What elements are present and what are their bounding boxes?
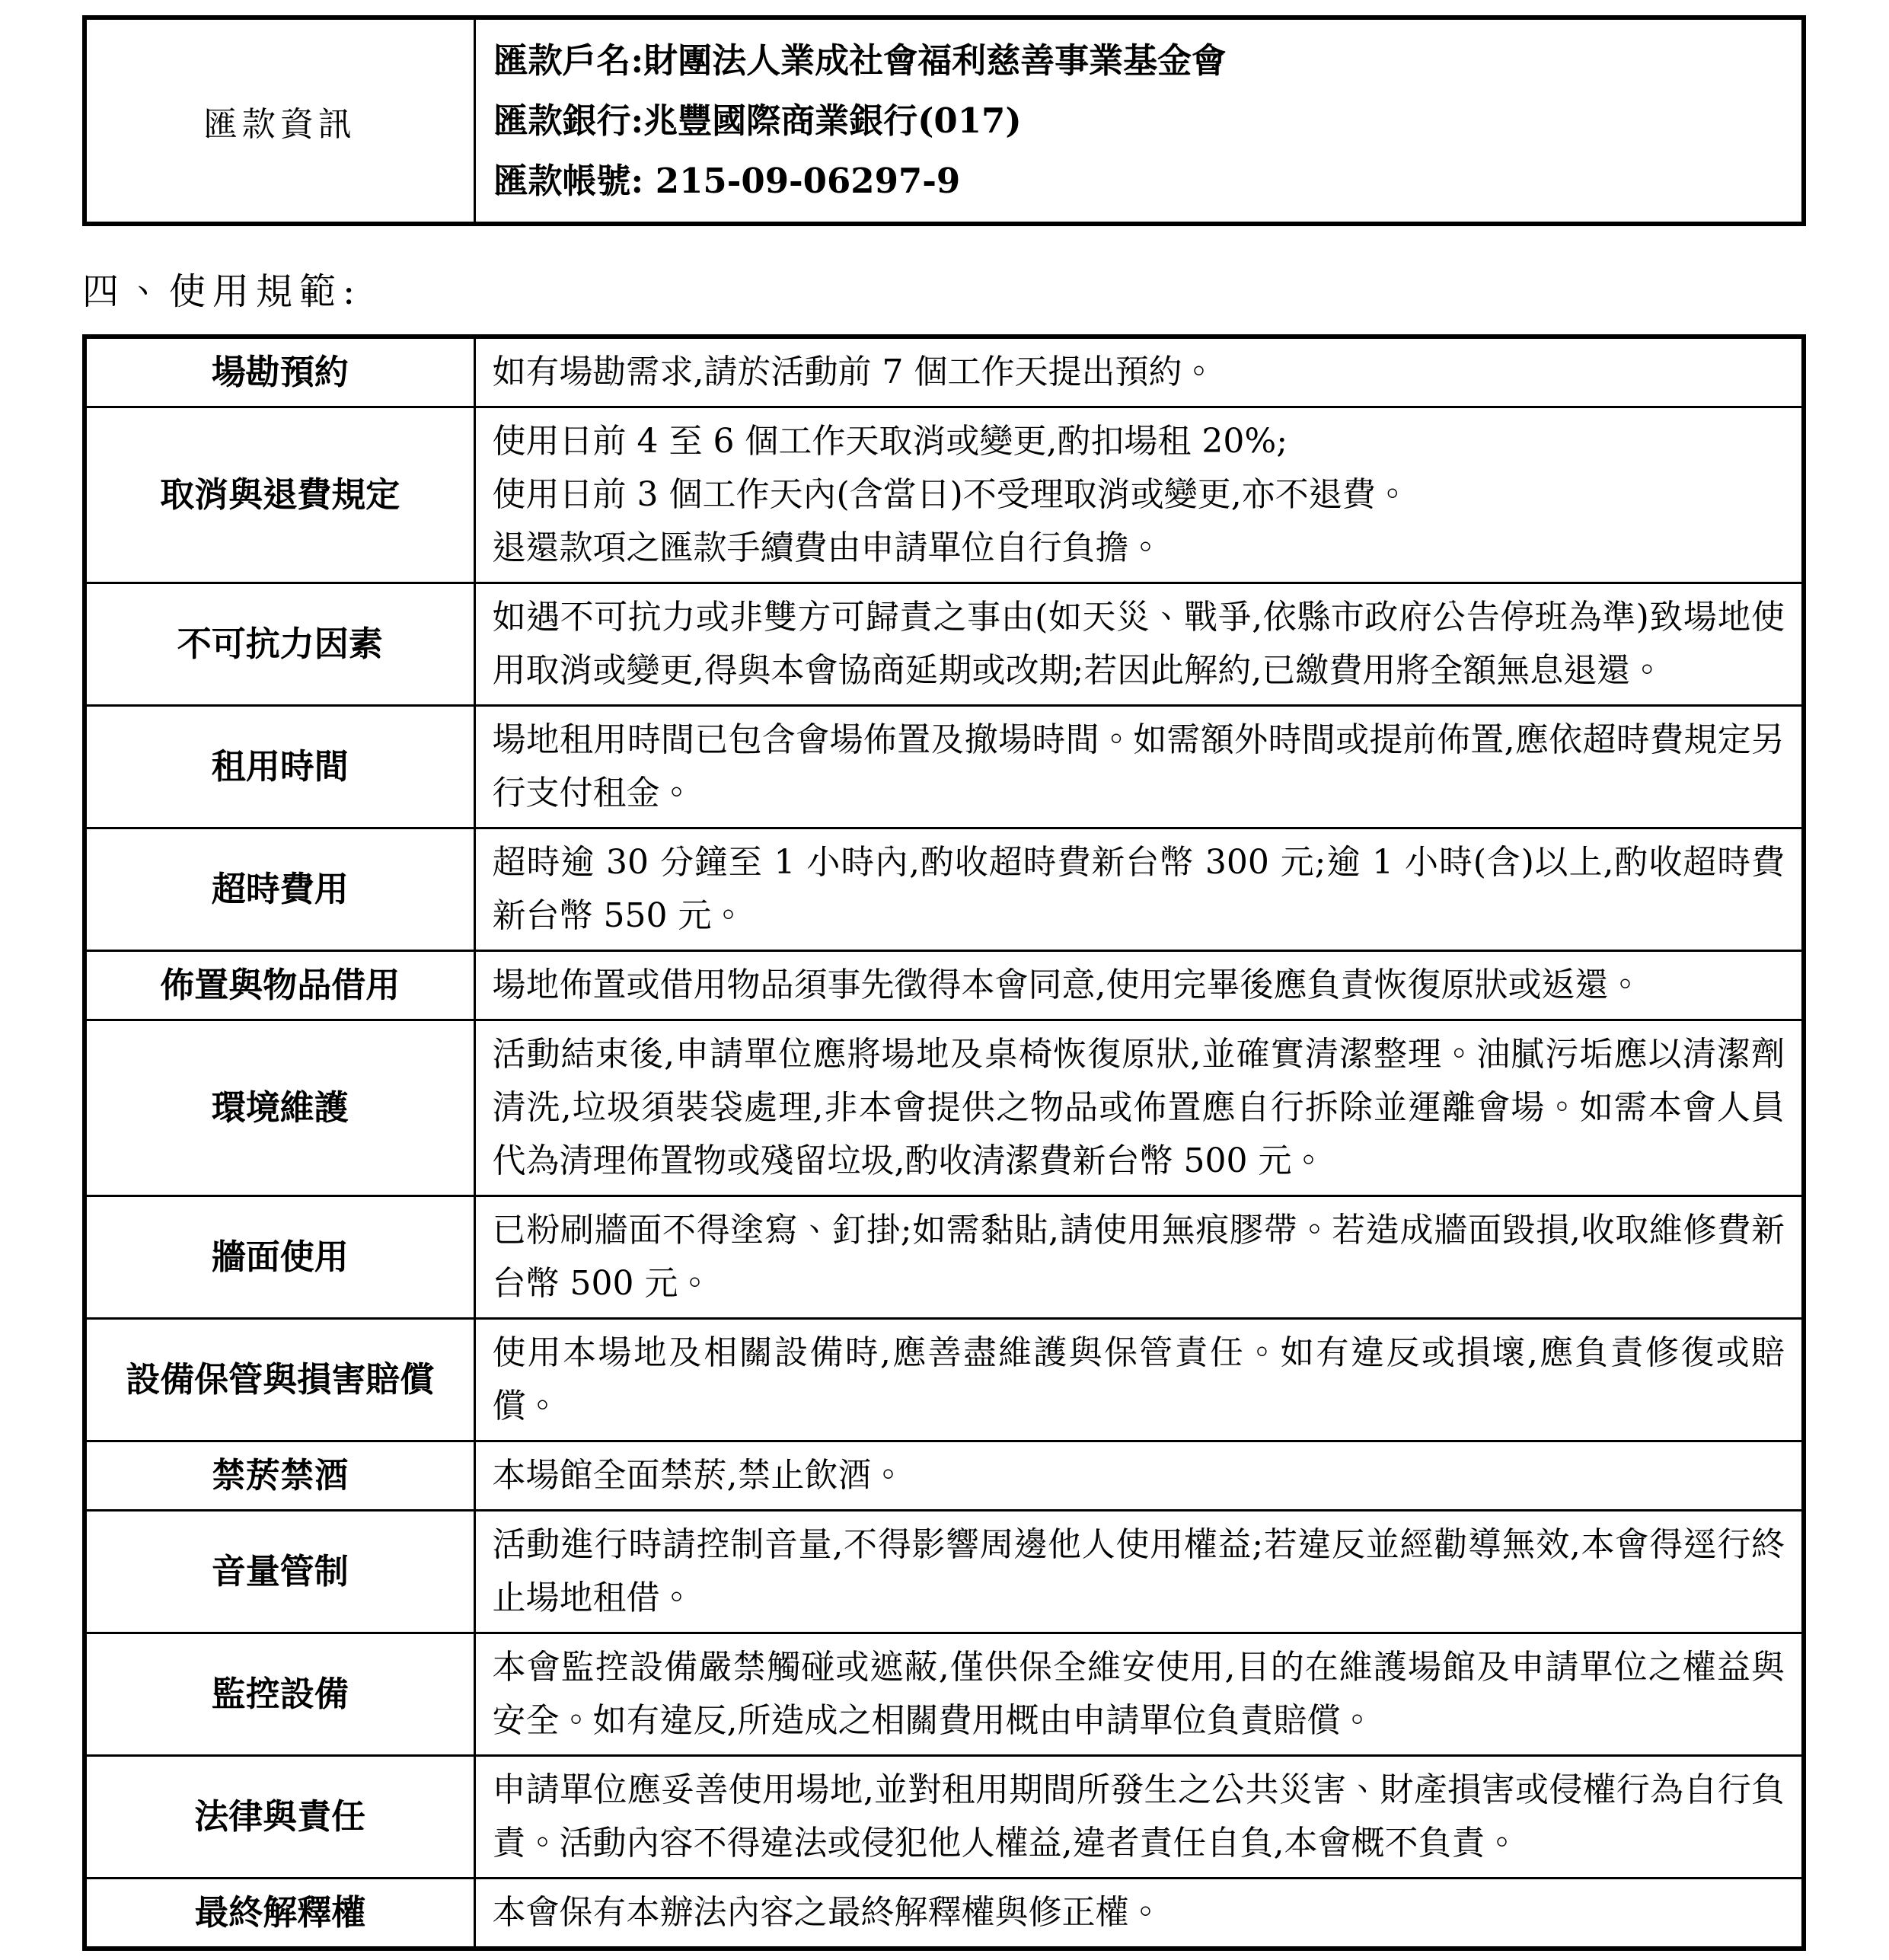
rule-content: 本會監控設備嚴禁觸碰或遮蔽,僅供保全維安使用,目的在維護場館及申請單位之權益與安… (474, 1633, 1804, 1756)
remittance-content-cell: 匯款戶名:財團法人業成社會福利慈善事業基金會 匯款銀行:兆豐國際商業銀行(017… (474, 18, 1804, 224)
rule-content: 申請單位應妥善使用場地,並對租用期間所發生之公共災害、財產損害或侵權行為自行負責… (474, 1756, 1804, 1879)
remittance-bank-line: 匯款銀行:兆豐國際商業銀行(017) (494, 91, 1784, 151)
rule-label: 最終解釋權 (85, 1879, 474, 1949)
rule-label: 法律與責任 (85, 1756, 474, 1879)
section-heading: 四、使用規範: (82, 270, 1806, 313)
usage-rules-table: 場勘預約 如有場勘需求,請於活動前 7 個工作天提出預約。 取消與退費規定 使用… (82, 334, 1806, 1951)
rule-label: 監控設備 (85, 1633, 474, 1756)
rule-label: 環境維護 (85, 1020, 474, 1196)
table-row: 取消與退費規定 使用日前 4 至 6 個工作天取消或變更,酌扣場租 20%; 使… (85, 407, 1804, 583)
rule-content: 活動結束後,申請單位應將場地及桌椅恢復原狀,並確實清潔整理。油膩污垢應以清潔劑清… (474, 1020, 1804, 1196)
rule-label: 取消與退費規定 (85, 407, 474, 583)
table-row: 場勘預約 如有場勘需求,請於活動前 7 個工作天提出預約。 (85, 337, 1804, 407)
remittance-info-table: 匯款資訊 匯款戶名:財團法人業成社會福利慈善事業基金會 匯款銀行:兆豐國際商業銀… (82, 15, 1806, 226)
rule-label: 超時費用 (85, 828, 474, 951)
rule-content: 已粉刷牆面不得塗寫、釘掛;如需黏貼,請使用無痕膠帶。若造成牆面毀損,收取維修費新… (474, 1196, 1804, 1319)
rule-content: 如有場勘需求,請於活動前 7 個工作天提出預約。 (474, 337, 1804, 407)
rule-content: 場地佈置或借用物品須事先徵得本會同意,使用完畢後應負責恢復原狀或返還。 (474, 951, 1804, 1020)
table-row: 禁菸禁酒 本場館全面禁菸,禁止飲酒。 (85, 1441, 1804, 1511)
table-row: 環境維護 活動結束後,申請單位應將場地及桌椅恢復原狀,並確實清潔整理。油膩污垢應… (85, 1020, 1804, 1196)
rule-content: 如遇不可抗力或非雙方可歸責之事由(如天災、戰爭,依縣市政府公告停班為準)致場地使… (474, 583, 1804, 706)
remittance-account-number-line: 匯款帳號: 215-09-06297-9 (494, 151, 1784, 211)
table-row: 超時費用 超時逾 30 分鐘至 1 小時內,酌收超時費新台幣 300 元;逾 1… (85, 828, 1804, 951)
table-row: 音量管制 活動進行時請控制音量,不得影響周邊他人使用權益;若違反並經勸導無效,本… (85, 1511, 1804, 1633)
rule-content: 本場館全面禁菸,禁止飲酒。 (474, 1441, 1804, 1511)
document-page: 匯款資訊 匯款戶名:財團法人業成社會福利慈善事業基金會 匯款銀行:兆豐國際商業銀… (0, 0, 1889, 1960)
rule-label: 禁菸禁酒 (85, 1441, 474, 1511)
remittance-account-name-line: 匯款戶名:財團法人業成社會福利慈善事業基金會 (494, 30, 1784, 91)
remittance-label-cell: 匯款資訊 (85, 18, 474, 224)
rule-label: 設備保管與損害賠償 (85, 1319, 474, 1441)
rule-label: 場勘預約 (85, 337, 474, 407)
rule-content: 使用本場地及相關設備時,應善盡維護與保管責任。如有違反或損壞,應負責修復或賠償。 (474, 1319, 1804, 1441)
rule-content: 本會保有本辦法內容之最終解釋權與修正權。 (474, 1879, 1804, 1949)
table-row: 監控設備 本會監控設備嚴禁觸碰或遮蔽,僅供保全維安使用,目的在維護場館及申請單位… (85, 1633, 1804, 1756)
table-row: 最終解釋權 本會保有本辦法內容之最終解釋權與修正權。 (85, 1879, 1804, 1949)
rule-label: 租用時間 (85, 706, 474, 828)
table-row: 法律與責任 申請單位應妥善使用場地,並對租用期間所發生之公共災害、財產損害或侵權… (85, 1756, 1804, 1879)
rule-content: 活動進行時請控制音量,不得影響周邊他人使用權益;若違反並經勸導無效,本會得逕行終… (474, 1511, 1804, 1633)
rule-content: 場地租用時間已包含會場佈置及撤場時間。如需額外時間或提前佈置,應依超時費規定另行… (474, 706, 1804, 828)
table-row: 不可抗力因素 如遇不可抗力或非雙方可歸責之事由(如天災、戰爭,依縣市政府公告停班… (85, 583, 1804, 706)
table-row: 租用時間 場地租用時間已包含會場佈置及撤場時間。如需額外時間或提前佈置,應依超時… (85, 706, 1804, 828)
table-row: 牆面使用 已粉刷牆面不得塗寫、釘掛;如需黏貼,請使用無痕膠帶。若造成牆面毀損,收… (85, 1196, 1804, 1319)
rule-label: 牆面使用 (85, 1196, 474, 1319)
rule-label: 不可抗力因素 (85, 583, 474, 706)
rule-content: 超時逾 30 分鐘至 1 小時內,酌收超時費新台幣 300 元;逾 1 小時(含… (474, 828, 1804, 951)
rule-content: 使用日前 4 至 6 個工作天取消或變更,酌扣場租 20%; 使用日前 3 個工… (474, 407, 1804, 583)
table-row: 匯款資訊 匯款戶名:財團法人業成社會福利慈善事業基金會 匯款銀行:兆豐國際商業銀… (85, 18, 1804, 224)
rule-label: 佈置與物品借用 (85, 951, 474, 1020)
table-row: 佈置與物品借用 場地佈置或借用物品須事先徵得本會同意,使用完畢後應負責恢復原狀或… (85, 951, 1804, 1020)
table-row: 設備保管與損害賠償 使用本場地及相關設備時,應善盡維護與保管責任。如有違反或損壞… (85, 1319, 1804, 1441)
rule-label: 音量管制 (85, 1511, 474, 1633)
